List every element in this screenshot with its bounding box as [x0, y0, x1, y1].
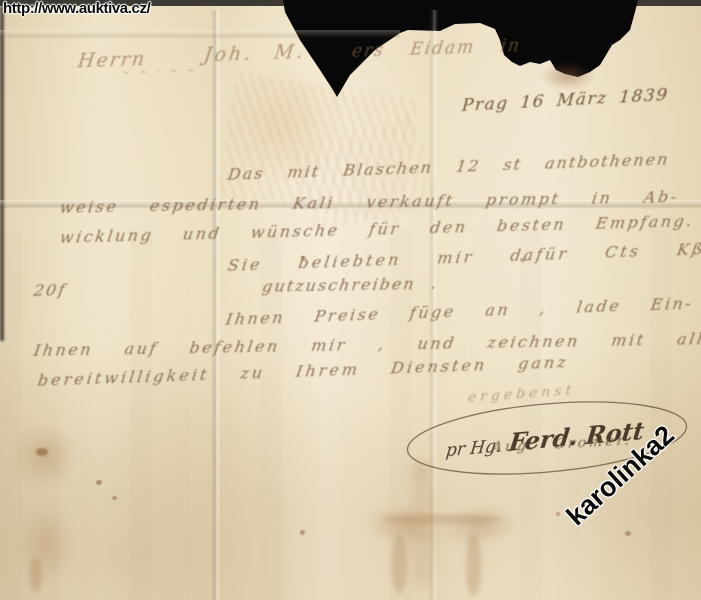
stain	[300, 530, 305, 535]
stain	[96, 480, 102, 485]
scanned-letter-image: Herrn ~ ~ · ~ ~ Joh. M. ers Eidam in Pra…	[0, 0, 701, 600]
stain	[112, 496, 117, 500]
stain	[12, 423, 78, 489]
watermark-auction-url: http://www.auktiva.cz/	[3, 0, 150, 17]
stain	[18, 503, 74, 585]
stain	[540, 62, 595, 90]
fold-crease-horizontal-top	[0, 30, 400, 39]
stain	[625, 531, 631, 536]
stain	[383, 514, 501, 524]
stain-drip	[466, 535, 481, 595]
recipient-name: Joh. M.	[202, 40, 307, 66]
fold-crease-vertical-left	[211, 10, 221, 600]
stain	[30, 558, 42, 592]
stain	[36, 448, 48, 456]
stain-drip	[392, 535, 407, 593]
stain	[556, 512, 560, 516]
